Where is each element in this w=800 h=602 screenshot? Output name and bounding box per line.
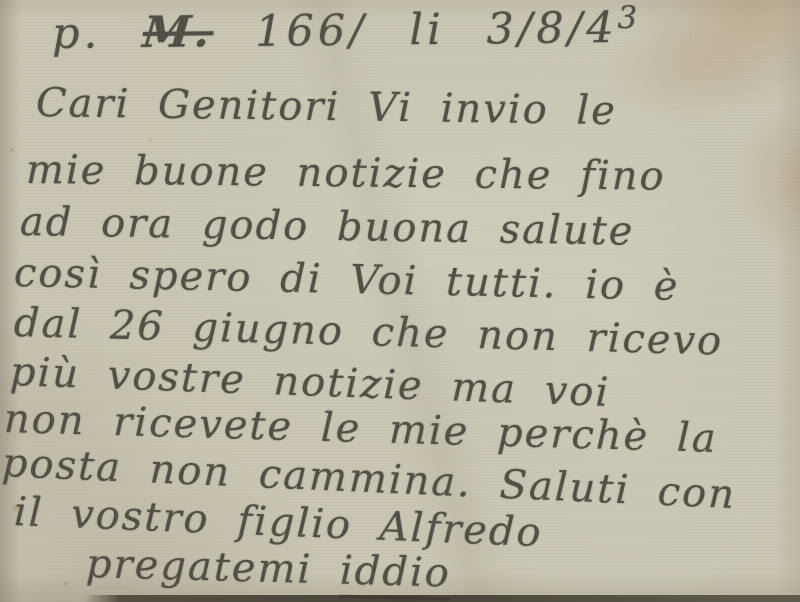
header-date-superscript: 3	[617, 0, 641, 36]
postscript-underlined-word: iddio	[339, 548, 451, 601]
letter-line: mie buone notizie che fino	[26, 147, 666, 200]
letter-page: p. M. 166/ li 3/8/43 Cari Genitori Vi in…	[0, 0, 800, 602]
header-prefix: p.	[52, 8, 102, 59]
header-struck-word: M.	[141, 7, 216, 58]
header-field-post-number: 166/	[255, 6, 368, 57]
letter-line-salutation: Cari Genitori Vi invio le	[36, 80, 618, 134]
scan-edge-shadow	[84, 595, 800, 602]
letter-line: così spero di Voi tutti. io è	[14, 250, 680, 310]
letter-header: p. M. 166/ li 3/8/43	[52, 0, 642, 59]
letter-line: ad ora godo buona salute	[20, 199, 635, 255]
postscript-text: pregatemi	[85, 541, 312, 593]
letter-postscript: pregatemi iddio	[85, 541, 451, 597]
header-date: li 3/8/4	[409, 3, 618, 55]
